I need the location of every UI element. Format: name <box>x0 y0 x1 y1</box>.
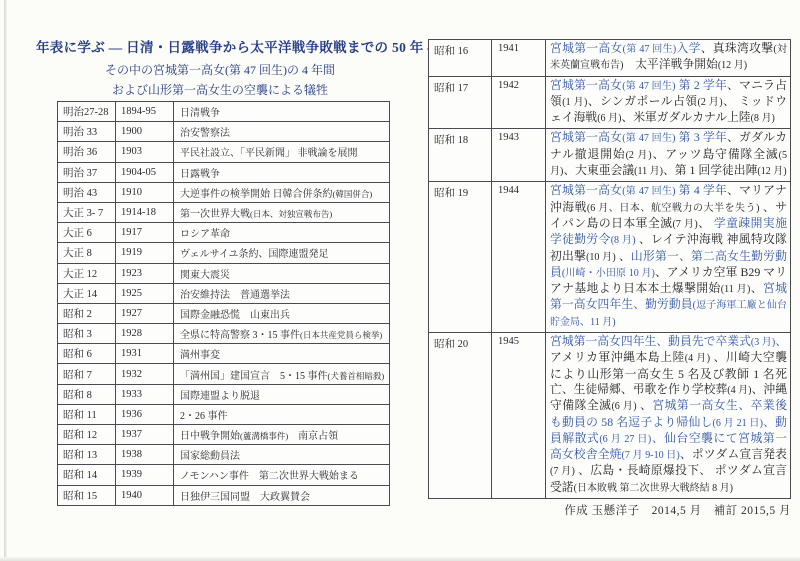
table-row: 昭和 31928全県に特高警察 3・15 事件(日本共産党員ら検挙) <box>58 324 390 344</box>
table-row: 昭和 131938国家総動員法 <box>58 445 390 465</box>
era-cell: 昭和 18 <box>429 129 492 182</box>
event-cell: 宮城第一高女(第 47 回生) 第 2 学年、マニラ占領(1 月)、シンガポール… <box>546 76 791 129</box>
event-cell: 2・26 事件 <box>174 404 390 424</box>
era-cell: 昭和 19 <box>429 182 492 333</box>
year-cell: 1942 <box>492 76 546 129</box>
table-row: 昭和 201945宮城第一高女四年生、動員先で卒業式(3 月)、アメリカ軍沖縄本… <box>429 333 791 499</box>
paren-note: (7 月) <box>673 219 698 230</box>
year-cell: 1937 <box>116 425 174 445</box>
year-cell: 1931 <box>116 344 174 364</box>
year-cell: 1910 <box>116 182 174 202</box>
paren-note: (6 月) <box>597 113 621 124</box>
document-title-block: 年表に学ぶ ― 日清・日露戦争から太平洋戦争敗戦までの 50 年 ― その中の宮… <box>36 36 404 98</box>
paren-note: (韓国併合) <box>333 189 373 199</box>
era-cell: 昭和 16 <box>429 40 492 77</box>
table-row: 昭和 61931満州事変 <box>58 344 390 364</box>
table-row: 昭和 1119362・26 事件 <box>58 404 390 424</box>
paren-note: (6 月 21 日) <box>713 418 763 429</box>
event-cell: 宮城第一高女(第 47 回生) 第 4 学年、マリアナ沖海戦(6 月、日本、航空… <box>546 182 791 333</box>
era-cell: 昭和 6 <box>58 344 116 364</box>
event-cell: 第一次世界大戦(日本、対独宣戦布告) <box>174 202 390 222</box>
paren-note: (6 月、日本、航空戦力の大半を失う) <box>587 203 760 214</box>
era-cell: 昭和 14 <box>58 465 116 485</box>
paren-note: (蘆溝橋事件) <box>240 431 288 441</box>
paren-note: (8 月) <box>611 235 636 246</box>
table-row: 昭和 191944宮城第一高女(第 47 回生) 第 4 学年、マリアナ沖海戦(… <box>429 182 791 333</box>
era-cell: 明治 36 <box>58 142 116 162</box>
era-cell: 昭和 12 <box>58 425 116 445</box>
year-cell: 1941 <box>492 40 546 77</box>
year-cell: 1914-18 <box>116 202 174 222</box>
table-row: 明治 371904-05日露戦争 <box>58 162 390 182</box>
paren-note: (日本敗戦 第二次世界大戦終結 8 月) <box>574 483 733 494</box>
era-cell: 大正 12 <box>58 263 116 283</box>
event-cell: 日露戦争 <box>174 162 390 182</box>
event-cell: 平民社設立、「平民新聞」 非戦論を展開 <box>174 142 390 162</box>
era-cell: 大正 14 <box>58 283 116 303</box>
year-cell: 1927 <box>116 303 174 323</box>
paren-note: (1 月) <box>562 97 587 108</box>
table-row: 昭和 181943宮城第一高女(第 47 回生) 第 3 学年、ガダルカナル撤退… <box>429 129 791 182</box>
year-cell: 1894-95 <box>116 102 174 122</box>
table-row: 昭和 151940日独伊三国同盟 大政翼賛会 <box>58 485 390 505</box>
paren-note: (逗子海軍工廠と仙台貯金局、11 月) <box>550 300 787 327</box>
era-cell: 昭和 8 <box>58 384 116 404</box>
event-cell: 全県に特高警察 3・15 事件(日本共産党員ら検挙) <box>174 324 390 344</box>
document-subtitle-2: および山形第一高女生の空襲による犠牲 <box>36 81 404 98</box>
era-cell: 明治 33 <box>58 122 116 142</box>
year-cell: 1917 <box>116 223 174 243</box>
paren-note: (7 月 9-10 日) <box>622 450 680 461</box>
event-cell: 国家総動員法 <box>174 445 390 465</box>
year-cell: 1943 <box>492 129 546 182</box>
table-row: 明治 331900治安警察法 <box>58 122 390 142</box>
event-cell: 宮城第一高女(第 47 回生) 第 3 学年、ガダルカナル撤退開始(2 月)、ア… <box>546 129 791 182</box>
paren-note: (5 月) <box>550 150 787 177</box>
meiji-taisho-showa-timeline-table: 明治27-281894-95日清戦争明治 331900治安警察法明治 36190… <box>57 101 390 506</box>
year-cell: 1939 <box>116 465 174 485</box>
year-cell: 1900 <box>116 122 174 142</box>
year-cell: 1919 <box>116 243 174 263</box>
paren-note: (11 月) <box>721 284 751 295</box>
paren-note: (2 月) <box>626 150 652 161</box>
event-segment-highlight: 宮城第一高女(第 47 回生) 第 3 学年 <box>550 130 727 144</box>
event-cell: 大逆事件の検挙開始 日韓合併条約(韓国併合) <box>174 182 390 202</box>
event-cell: 宮城第一高女(第 47 回生)入学、真珠湾攻撃(対米英蘭宣戦布告) 太平洋戦争開… <box>546 40 791 77</box>
event-cell: 治安維持法 普通選挙法 <box>174 283 390 303</box>
era-cell: 昭和 20 <box>429 333 492 499</box>
table-row: 昭和 171942宮城第一高女(第 47 回生) 第 2 学年、マニラ占領(1 … <box>429 76 791 129</box>
event-cell: ロシア革命 <box>174 223 390 243</box>
year-cell: 1945 <box>492 333 546 499</box>
paren-note: (10 月) <box>586 252 616 263</box>
table-row: 大正 141925治安維持法 普通選挙法 <box>58 283 390 303</box>
event-cell: ノモンハン事件 第二次世界大戦始まる <box>174 465 390 485</box>
era-cell: 明治 43 <box>58 182 116 202</box>
year-cell: 1928 <box>116 324 174 344</box>
paren-note: (日本、対独宣戦布告) <box>250 209 332 219</box>
table-row: 昭和 21927国際金融恐慌 山東出兵 <box>58 303 390 323</box>
year-cell: 1925 <box>116 283 174 303</box>
era-cell: 昭和 2 <box>58 303 116 323</box>
era-cell: 大正 3- 7 <box>58 202 116 222</box>
event-segment-highlight: 宮城第一高女(第 47 回生)入学 <box>550 41 701 55</box>
event-cell: 日独伊三国同盟 大政翼賛会 <box>174 485 390 505</box>
era-cell: 大正 8 <box>58 243 116 263</box>
event-cell: 国際連盟より脱退 <box>174 384 390 404</box>
left-table-body: 明治27-281894-95日清戦争明治 331900治安警察法明治 36190… <box>58 102 390 506</box>
paren-note: (4 月) <box>727 385 751 396</box>
era-cell: 昭和 15 <box>58 485 116 505</box>
paren-note: (第 47 回生) <box>622 81 675 92</box>
event-cell: 国際金融恐慌 山東出兵 <box>174 303 390 323</box>
event-cell: 日清戦争 <box>174 102 390 122</box>
paren-note: (6 月 27 日) <box>599 434 651 445</box>
paren-note: (12 月) <box>757 166 786 177</box>
showa16-20-wartime-timeline-table: 昭和 161941宮城第一高女(第 47 回生)入学、真珠湾攻撃(対米英蘭宣戦布… <box>428 39 791 499</box>
event-cell: 治安警察法 <box>174 122 390 142</box>
event-segment-highlight: 宮城第一高女四年生、動員先で卒業式(3 月)、 <box>550 334 787 348</box>
year-cell: 1944 <box>492 182 546 333</box>
event-cell: 関東大震災 <box>174 263 390 283</box>
year-cell: 1933 <box>116 384 174 404</box>
table-row: 明治 361903平民社設立、「平民新聞」 非戦論を展開 <box>58 142 390 162</box>
author-credit-line: 作成 玉懸洋子 2014,5 月 補訂 2015,5 月 <box>428 502 791 518</box>
table-row: 大正 81919ヴェルサイユ条約、国際連盟発足 <box>58 243 390 263</box>
era-cell: 明治27-28 <box>58 102 116 122</box>
table-row: 明治27-281894-95日清戦争 <box>58 102 390 122</box>
year-cell: 1938 <box>116 445 174 465</box>
paren-note: (12 月) <box>718 60 747 71</box>
event-cell: 「満州国」建国宣言 5・15 事件(犬養首相暗殺) <box>174 364 390 384</box>
paren-note: (2 月) <box>698 97 723 108</box>
document-title: 年表に学ぶ ― 日清・日露戦争から太平洋戦争敗戦までの 50 年 ― <box>36 36 404 56</box>
document-subtitle-1: その中の宮城第一高女(第 47 回生)の 4 年間 <box>36 61 404 78</box>
paren-note: (日本共産党員ら検挙) <box>300 330 382 340</box>
paren-note: (第 47 回生) <box>622 133 675 144</box>
paren-note: (第 47 回生) <box>623 44 677 55</box>
era-cell: 昭和 13 <box>58 445 116 465</box>
table-row: 大正 61917ロシア革命 <box>58 223 390 243</box>
table-row: 昭和 71932「満州国」建国宣言 5・15 事件(犬養首相暗殺) <box>58 364 390 384</box>
event-segment-highlight: 宮城第一高女(第 47 回生) 第 2 学年 <box>550 78 727 92</box>
event-cell: ヴェルサイユ条約、国際連盟発足 <box>174 243 390 263</box>
year-cell: 1936 <box>116 404 174 424</box>
era-cell: 昭和 7 <box>58 364 116 384</box>
paren-note: (4 月) <box>685 353 710 364</box>
paren-note: (川崎・小田原 10 月) <box>562 268 655 279</box>
event-segment-highlight: 宮城第一高女(第 47 回生) 第 4 学年 <box>550 183 727 197</box>
paren-note: (6 月) <box>611 401 636 412</box>
era-cell: 大正 6 <box>58 223 116 243</box>
event-cell: 満州事変 <box>174 344 390 364</box>
paren-note: (3 月) <box>751 337 775 348</box>
paren-note: (7 月) <box>550 466 575 477</box>
right-table-body: 昭和 161941宮城第一高女(第 47 回生)入学、真珠湾攻撃(対米英蘭宣戦布… <box>429 40 791 499</box>
table-row: 昭和 141939ノモンハン事件 第二次世界大戦始まる <box>58 465 390 485</box>
era-cell: 明治 37 <box>58 162 116 182</box>
table-row: 大正 121923関東大震災 <box>58 263 390 283</box>
year-cell: 1904-05 <box>116 162 174 182</box>
paren-note: (犬養首相暗殺) <box>328 371 385 381</box>
era-cell: 昭和 11 <box>58 404 116 424</box>
event-cell: 日中戦争開始(蘆溝橋事件) 南京占領 <box>174 425 390 445</box>
paren-note: (第 47 回生) <box>622 186 675 197</box>
year-cell: 1932 <box>116 364 174 384</box>
year-cell: 1940 <box>116 485 174 505</box>
year-cell: 1903 <box>116 142 174 162</box>
table-row: 大正 3- 71914-18第一次世界大戦(日本、対独宣戦布告) <box>58 202 390 222</box>
table-row: 昭和 121937日中戦争開始(蘆溝橋事件) 南京占領 <box>58 425 390 445</box>
event-cell: 宮城第一高女四年生、動員先で卒業式(3 月)、アメリカ軍沖縄本島上陸(4 月) … <box>546 333 791 499</box>
era-cell: 昭和 17 <box>429 76 492 129</box>
table-row: 昭和 81933国際連盟より脱退 <box>58 384 390 404</box>
paren-note: (8 月) <box>751 113 775 124</box>
table-row: 昭和 161941宮城第一高女(第 47 回生)入学、真珠湾攻撃(対米英蘭宣戦布… <box>429 40 791 77</box>
scanned-document-page: 年表に学ぶ ― 日清・日露戦争から太平洋戦争敗戦までの 50 年 ― その中の宮… <box>0 0 800 561</box>
era-cell: 昭和 3 <box>58 324 116 344</box>
paren-note: (11 月) <box>634 166 663 177</box>
year-cell: 1923 <box>116 263 174 283</box>
table-row: 明治 431910大逆事件の検挙開始 日韓合併条約(韓国併合) <box>58 182 390 202</box>
